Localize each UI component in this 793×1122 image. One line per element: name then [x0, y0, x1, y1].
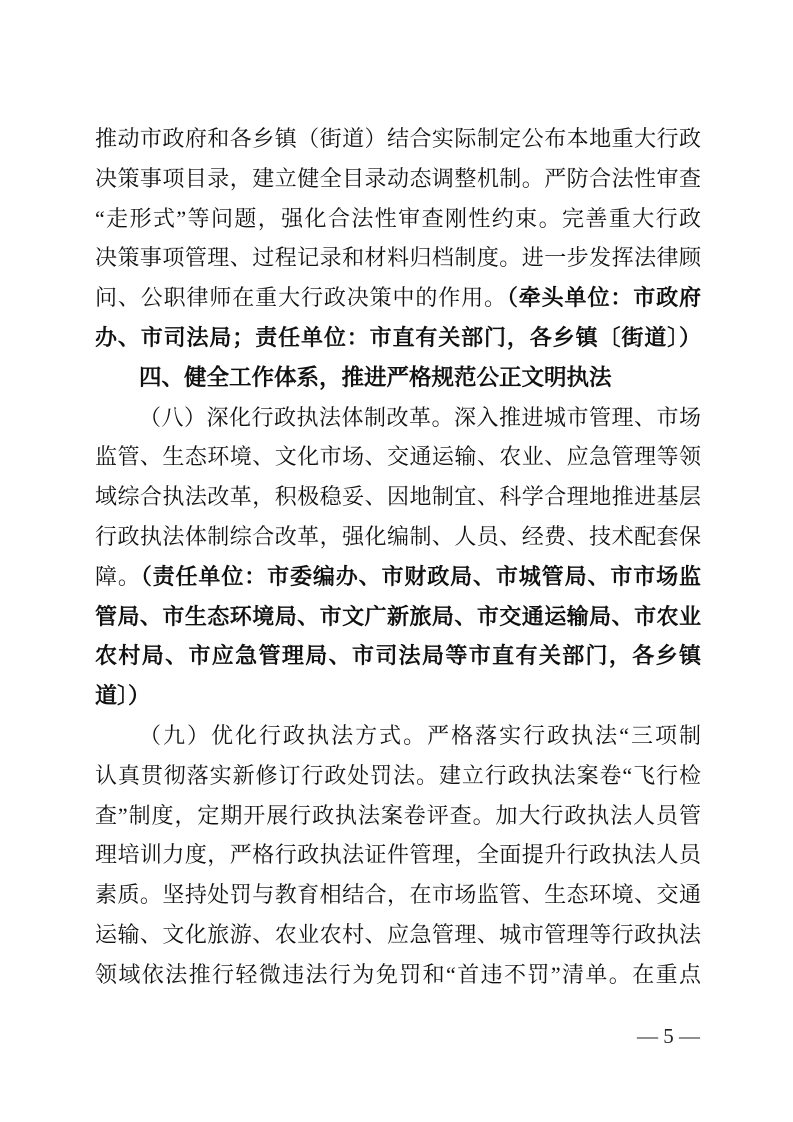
text-line: 办、市司法局；责任单位：市直有关部门，各乡镇〔街道〕） [95, 318, 701, 358]
text-line: 管局、市生态环境局、市文广新旅局、市交通运输局、市农业 [95, 597, 701, 637]
text-line: 理培训力度，严格行政执法证件管理，全面提升行政执法人员 [95, 835, 701, 875]
text-segment: 推动市政府和各乡镇（街道）结合实际制定公布本地重大行政 [95, 126, 701, 151]
text-segment: “走形式”等问题，强化合法性审查刚性约束。完善重大行政 [95, 206, 701, 231]
section-heading: 四、健全工作体系，推进严格规范公正文明执法 [95, 358, 701, 398]
bold-text-segment: 四、健全工作体系，推进严格规范公正文明执法 [139, 365, 612, 390]
text-segment: 素质。坚持处罚与教育相结合，在市场监管、生态环境、交通 [95, 882, 701, 907]
text-line: 问、公职律师在重大行政决策中的作用。（牵头单位：市政府 [95, 278, 701, 318]
text-line: 障。（责任单位：市委编办、市财政局、市城管局、市市场监 [95, 557, 701, 597]
text-line: 查”制度，定期开展行政执法案卷评查。加大行政执法人员管 [95, 796, 701, 836]
bold-text-segment: 农村局、市应急管理局、市司法局等市直有关部门，各乡镇〔街 [95, 643, 701, 676]
text-line: 认真贯彻落实新修订行政处罚法。建立行政执法案卷“飞行检 [95, 756, 701, 796]
bold-text-segment: （牵头单位：市政府 [507, 285, 701, 310]
text-line: 决策事项管理、过程记录和材料归档制度。进一步发挥法律顾 [95, 238, 701, 278]
text-segment: 运输、文化旅游、农业农村、应急管理、城市管理等行政执法 [95, 922, 701, 947]
text-line: （九）优化行政执法方式。严格落实行政执法“三项制度”， [95, 716, 701, 756]
text-segment: 理培训力度，严格行政执法证件管理，全面提升行政执法人员 [95, 842, 701, 867]
page-number: — 5 — [637, 1024, 700, 1048]
page-footer: — 5 — [637, 1024, 700, 1048]
document-page: 推动市政府和各乡镇（街道）结合实际制定公布本地重大行政决策事项目录，建立健全目录… [0, 0, 793, 1122]
text-segment: 决策事项目录，建立健全目录动态调整机制。严防合法性审查 [95, 166, 701, 191]
text-segment: 监管、生态环境、文化市场、交通运输、农业、应急管理等领 [95, 444, 701, 469]
bold-text-segment: 道〕） [95, 683, 150, 708]
document-body: 推动市政府和各乡镇（街道）结合实际制定公布本地重大行政决策事项目录，建立健全目录… [95, 119, 701, 995]
text-line: 推动市政府和各乡镇（街道）结合实际制定公布本地重大行政 [95, 119, 701, 159]
text-segment: 查”制度，定期开展行政执法案卷评查。加大行政执法人员管 [95, 803, 701, 828]
text-line: 领域依法推行轻微违法行为免罚和“首违不罚”清单。在重点 [95, 955, 701, 995]
text-segment: 认真贯彻落实新修订行政处罚法。建立行政执法案卷“飞行检 [95, 763, 701, 788]
text-segment: 障。 [95, 564, 141, 589]
text-segment: （八）深化行政执法体制改革。深入推进城市管理、市场 [139, 405, 701, 430]
text-segment: 决策事项管理、过程记录和材料归档制度。进一步发挥法律顾 [95, 245, 701, 270]
bold-text-segment: （责任单位：市委编办、市财政局、市城管局、市市场监 [141, 564, 701, 589]
text-segment: 域综合执法改革，积极稳妥、因地制宜、科学合理地推进基层 [95, 484, 701, 509]
text-line: 农村局、市应急管理局、市司法局等市直有关部门，各乡镇〔街 [95, 636, 701, 676]
text-line: 运输、文化旅游、农业农村、应急管理、城市管理等行政执法 [95, 915, 701, 955]
text-line: 行政执法体制综合改革，强化编制、人员、经费、技术配套保 [95, 517, 701, 557]
text-segment: （九）优化行政执法方式。严格落实行政执法“三项制度”， [139, 723, 701, 756]
text-line: 监管、生态环境、文化市场、交通运输、农业、应急管理等领 [95, 437, 701, 477]
text-segment: 行政执法体制综合改革，强化编制、人员、经费、技术配套保 [95, 524, 701, 549]
text-segment: 问、公职律师在重大行政决策中的作用。 [95, 285, 507, 310]
text-line: 决策事项目录，建立健全目录动态调整机制。严防合法性审查 [95, 159, 701, 199]
bold-text-segment: 办、市司法局；责任单位：市直有关部门，各乡镇〔街道〕） [95, 325, 701, 350]
text-segment: 领域依法推行轻微违法行为免罚和“首违不罚”清单。在重点 [95, 962, 701, 987]
text-line: 素质。坚持处罚与教育相结合，在市场监管、生态环境、交通 [95, 875, 701, 915]
text-line: 域综合执法改革，积极稳妥、因地制宜、科学合理地推进基层 [95, 477, 701, 517]
text-line: 道〕） [95, 676, 701, 716]
text-line: “走形式”等问题，强化合法性审查刚性约束。完善重大行政 [95, 199, 701, 239]
bold-text-segment: 管局、市生态环境局、市文广新旅局、市交通运输局、市农业 [95, 604, 701, 629]
text-line: （八）深化行政执法体制改革。深入推进城市管理、市场 [95, 398, 701, 438]
